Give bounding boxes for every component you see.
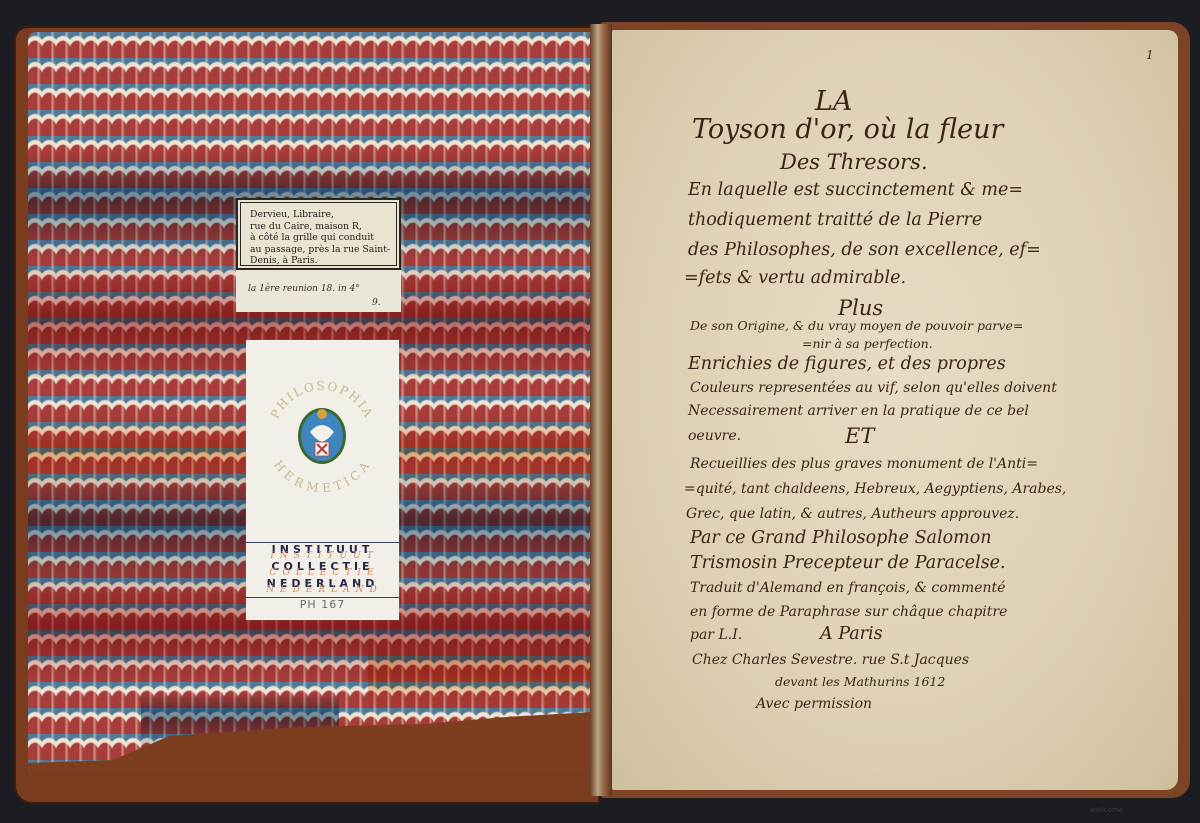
- title-line: De son Origine, & du vray moyen de pouvo…: [690, 318, 1023, 333]
- ticket-line: Dervieu, Libraire,: [250, 209, 389, 221]
- pelican-emblem-icon: [298, 408, 346, 464]
- title-line: oeuvre.: [688, 428, 741, 444]
- bookseller-ticket: Dervieu, Libraire, rue du Caire, maison …: [236, 198, 401, 270]
- book-photograph: Dervieu, Libraire, rue du Caire, maison …: [0, 0, 1200, 823]
- watermark: wellcome: [1090, 806, 1123, 814]
- handwritten-note: la 1ère reunion 18. in 4°: [248, 284, 360, 294]
- title-line: =fets & vertu admirable.: [684, 268, 906, 288]
- title-line: Recueillies des plus graves monument de …: [690, 456, 1038, 472]
- ticket-line: Denis, à Paris.: [250, 255, 389, 267]
- title-line: Avec permission: [756, 696, 872, 712]
- title-line: Trismosin Precepteur de Paracelse.: [690, 553, 1006, 573]
- title-line: Necessairement arriver en la pratique de…: [688, 403, 1029, 419]
- ticket-line: à côté la grille qui conduit: [250, 232, 389, 244]
- title-line: en forme de Paraphrase sur châque chapit…: [690, 604, 1007, 620]
- title-line: ET: [845, 424, 874, 448]
- folio-number: 1: [1146, 48, 1154, 62]
- title-line: Des Thresors.: [780, 150, 928, 174]
- title-line: thodiquement traitté de la Pierre: [688, 210, 982, 230]
- handwritten-note-area: la 1ère reunion 18. in 4° 9.: [236, 270, 401, 312]
- ex-libris-bookplate: PHILOSOPHIA HERMETICA INSTITUUT INSTITUU…: [246, 340, 399, 620]
- title-line: LA: [815, 86, 852, 117]
- title-line: Chez Charles Sevestre. rue S.t Jacques: [692, 652, 969, 668]
- shelfmark: PH 167: [246, 598, 399, 611]
- ticket-line: au passage, près la rue Saint-: [250, 244, 389, 256]
- title-line: des Philosophes, de son excellence, ef=: [688, 240, 1041, 260]
- title-line: A Paris: [820, 624, 883, 644]
- title-line: Par ce Grand Philosophe Salomon: [690, 528, 992, 548]
- ticket-line: rue du Caire, maison R,: [250, 221, 389, 233]
- title-line: En laquelle est succinctement & me=: [688, 180, 1023, 200]
- title-line: Toyson d'or, où la fleur: [692, 114, 1003, 145]
- title-line: Traduit d'Alemand en françois, & comment…: [690, 580, 1005, 596]
- title-line: Couleurs representées au vif, selon qu'e…: [690, 380, 1057, 396]
- handwritten-price: 9.: [372, 298, 381, 308]
- title-line: Plus: [838, 296, 883, 320]
- title-line: =quité, tant chaldeens, Hebreux, Aegypti…: [684, 481, 1066, 497]
- title-line: Grec, que latin, & autres, Autheurs appr…: [686, 506, 1019, 522]
- title-line: Enrichies de figures, et des propres: [688, 354, 1006, 374]
- institution-block: INSTITUUT INSTITUUT COLLECTIE COLLECTIE …: [246, 542, 399, 598]
- title-line: =nir à sa perfection.: [802, 336, 933, 351]
- institution-line-echo: NEDERLAND: [250, 585, 399, 595]
- book-gutter: [590, 24, 612, 796]
- title-line: devant les Mathurins 1612: [775, 674, 945, 689]
- motto-ring: PHILOSOPHIA HERMETICA: [262, 374, 382, 494]
- title-line: par L.I.: [690, 627, 742, 643]
